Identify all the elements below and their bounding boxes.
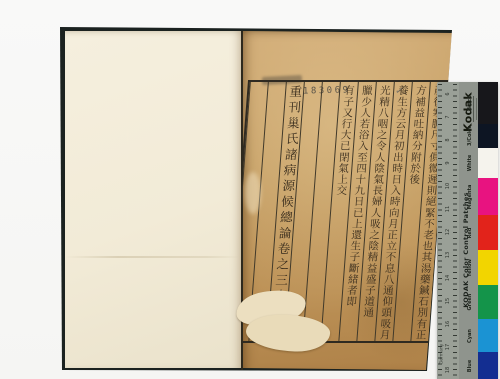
ruler-number: 11 — [445, 206, 451, 212]
patch-label: White — [467, 155, 473, 172]
patch-label: Cyan — [467, 329, 473, 343]
color-patch-magenta — [478, 178, 498, 215]
ruler: 6789101112131415161718 — [437, 82, 459, 379]
color-patch-cyan — [478, 319, 498, 352]
worn-paper-patch — [245, 172, 261, 214]
patch-label: Green — [467, 294, 473, 311]
ruler-number: 13 — [445, 252, 451, 258]
logo-fineprint-line — [473, 96, 474, 122]
color-patch-blue — [478, 352, 498, 379]
ruler-number: 17 — [445, 344, 451, 350]
color-patch-3-color — [478, 124, 498, 148]
ruler-number: 6 — [445, 92, 451, 95]
photo-background: 183069 ✓ 產後寒脈尺寸俱微遲則絕緊不老也其湯藥鍼石別有正方補益吐納分附於… — [0, 0, 500, 379]
color-patch-yellow — [478, 250, 498, 285]
logo-fineprint-line — [476, 98, 477, 120]
color-patch-red — [478, 215, 498, 250]
ruler-number: 10 — [445, 183, 451, 189]
blank-left-page — [65, 31, 241, 368]
ruler-number: 12 — [445, 229, 451, 235]
color-patch-green — [478, 285, 498, 319]
patch-label: Blue — [467, 359, 473, 371]
page-crease — [65, 256, 241, 258]
color-patches — [478, 82, 498, 379]
ruler-number: 14 — [445, 275, 451, 281]
color-patch-black — [478, 82, 498, 124]
ruler-number: 7 — [445, 115, 451, 118]
ruler-number: 8 — [445, 138, 451, 141]
patch-label: Black — [467, 95, 473, 110]
book: 183069 ✓ 產後寒脈尺寸俱微遲則絕緊不老也其湯藥鍼石別有正方補益吐納分附於… — [60, 27, 456, 373]
patch-label: Yellow — [467, 258, 473, 276]
ruler-number: 15 — [445, 298, 451, 304]
patch-label: Magenta — [467, 184, 473, 209]
color-patch-white — [478, 148, 498, 178]
kodak-color-strip: 6789101112131415161718 Kodak KODAK Color… — [437, 82, 498, 379]
strip-footer: Germany — [440, 344, 445, 365]
strip-title: KODAK Color Control Patches — [462, 192, 470, 307]
ruler-number: 16 — [445, 321, 451, 327]
ruler-number: 18 — [445, 367, 451, 373]
patch-label: 3/Color — [467, 126, 473, 146]
ruler-number: 9 — [445, 161, 451, 164]
patch-label: Red — [467, 227, 473, 238]
